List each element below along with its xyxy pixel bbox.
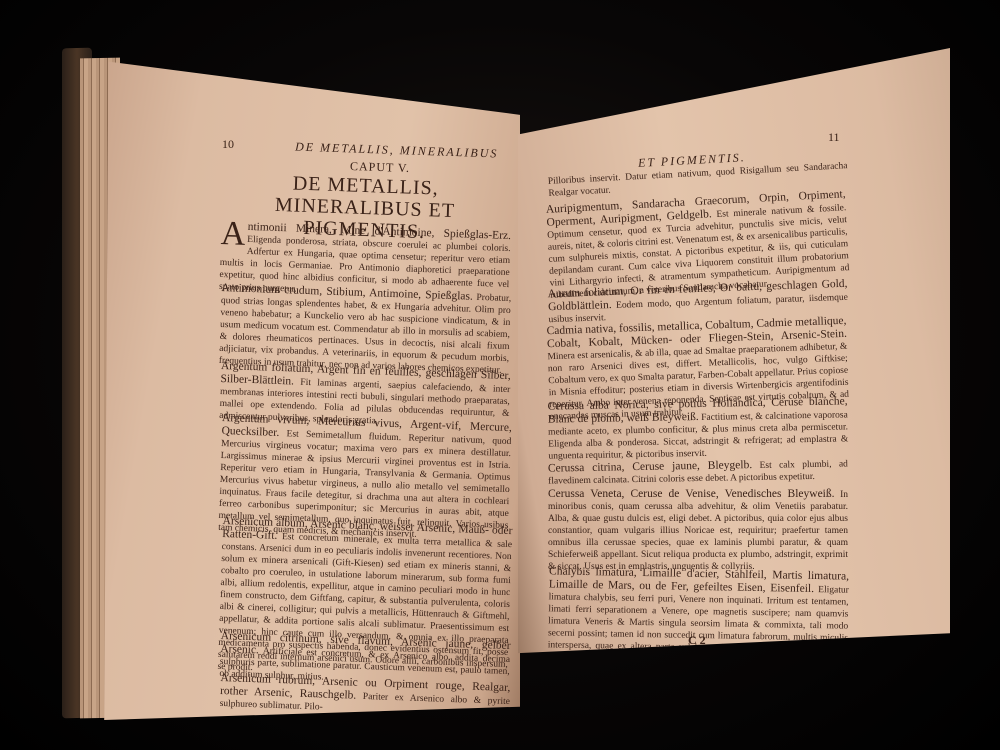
drop-cap: A [220,220,246,249]
page-number: 10 [222,137,234,152]
chapter-number: CAPUT V. [350,159,411,176]
entry-cerussa-citrina: Cerussa citrina, Ceruse jaune, Bleygelb.… [548,457,848,487]
signature-mark: C 2 [688,633,706,648]
left-page: 10 DE METALLIS, MINERALIBUS CAPUT V. DE … [100,55,520,720]
page-number: 11 [828,130,840,145]
running-head: DE METALLIS, MINERALIBUS [295,139,499,161]
right-page: 11 ET PIGMENTIS. Pilloribus inservit. Da… [518,48,950,713]
entry-cerussa-veneta: Cerussa Veneta, Ceruse de Venise, Venedi… [548,488,848,573]
entry-cerussa-alba: Cerussa alba Norica, sive potius Holland… [547,395,848,462]
open-antique-book: 10 DE METALLIS, MINERALIBUS CAPUT V. DE … [0,0,1000,750]
catchword: Chryso- [793,653,828,665]
